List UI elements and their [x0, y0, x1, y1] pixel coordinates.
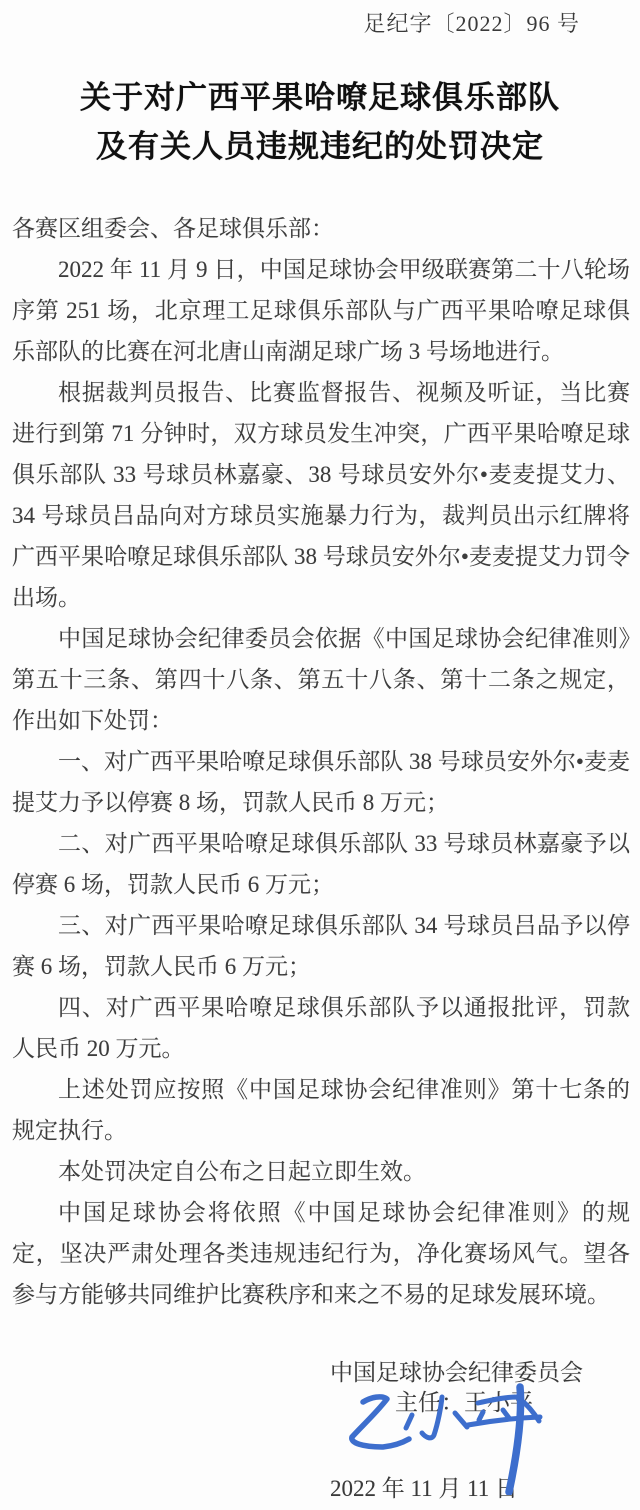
para-penalty-1: 一、对广西平果哈嘹足球俱乐部队 38 号球员安外尔•麦麦提艾力予以停赛 8 场，…	[12, 741, 630, 823]
para-penalty-2: 二、对广西平果哈嘹足球俱乐部队 33 号球员林嘉豪予以停赛 6 场，罚款人民币 …	[12, 823, 630, 905]
handwritten-signature	[335, 1383, 550, 1495]
doc-number: 足纪字〔2022〕96 号	[0, 0, 640, 38]
para-match-info: 2022 年 11 月 9 日，中国足球协会甲级联赛第二十八轮场序第 251 场…	[12, 249, 630, 372]
para-ruling-basis: 中国足球协会纪律委员会依据《中国足球协会纪律准则》第五十三条、第四十八条、第五十…	[12, 618, 630, 741]
document-page: 足纪字〔2022〕96 号 关于对广西平果哈嘹足球俱乐部队 及有关人员违规违纪的…	[0, 0, 640, 1510]
document-title: 关于对广西平果哈嘹足球俱乐部队 及有关人员违规违纪的处罚决定	[0, 73, 640, 171]
para-penalty-3: 三、对广西平果哈嘹足球俱乐部队 34 号球员吕品予以停赛 6 场，罚款人民币 6…	[12, 905, 630, 987]
para-penalty-4: 四、对广西平果哈嘹足球俱乐部队予以通报批评，罚款人民币 20 万元。	[12, 987, 630, 1069]
title-line-2: 及有关人员违规违纪的处罚决定	[0, 122, 640, 171]
salutation: 各赛区组委会、各足球俱乐部：	[12, 208, 630, 249]
para-effective: 本处罚决定自公布之日起立即生效。	[12, 1151, 630, 1192]
para-incident: 根据裁判员报告、比赛监督报告、视频及听证，当比赛进行到第 71 分钟时，双方球员…	[12, 372, 630, 618]
title-line-1: 关于对广西平果哈嘹足球俱乐部队	[0, 73, 640, 122]
para-closing: 中国足球协会将依照《中国足球协会纪律准则》的规定，坚决严肃处理各类违规违纪行为，…	[12, 1192, 630, 1315]
document-body: 各赛区组委会、各足球俱乐部： 2022 年 11 月 9 日，中国足球协会甲级联…	[0, 208, 640, 1315]
para-execution: 上述处罚应按照《中国足球协会纪律准则》第十七条的规定执行。	[12, 1069, 630, 1151]
signature-strokes	[352, 1387, 540, 1492]
